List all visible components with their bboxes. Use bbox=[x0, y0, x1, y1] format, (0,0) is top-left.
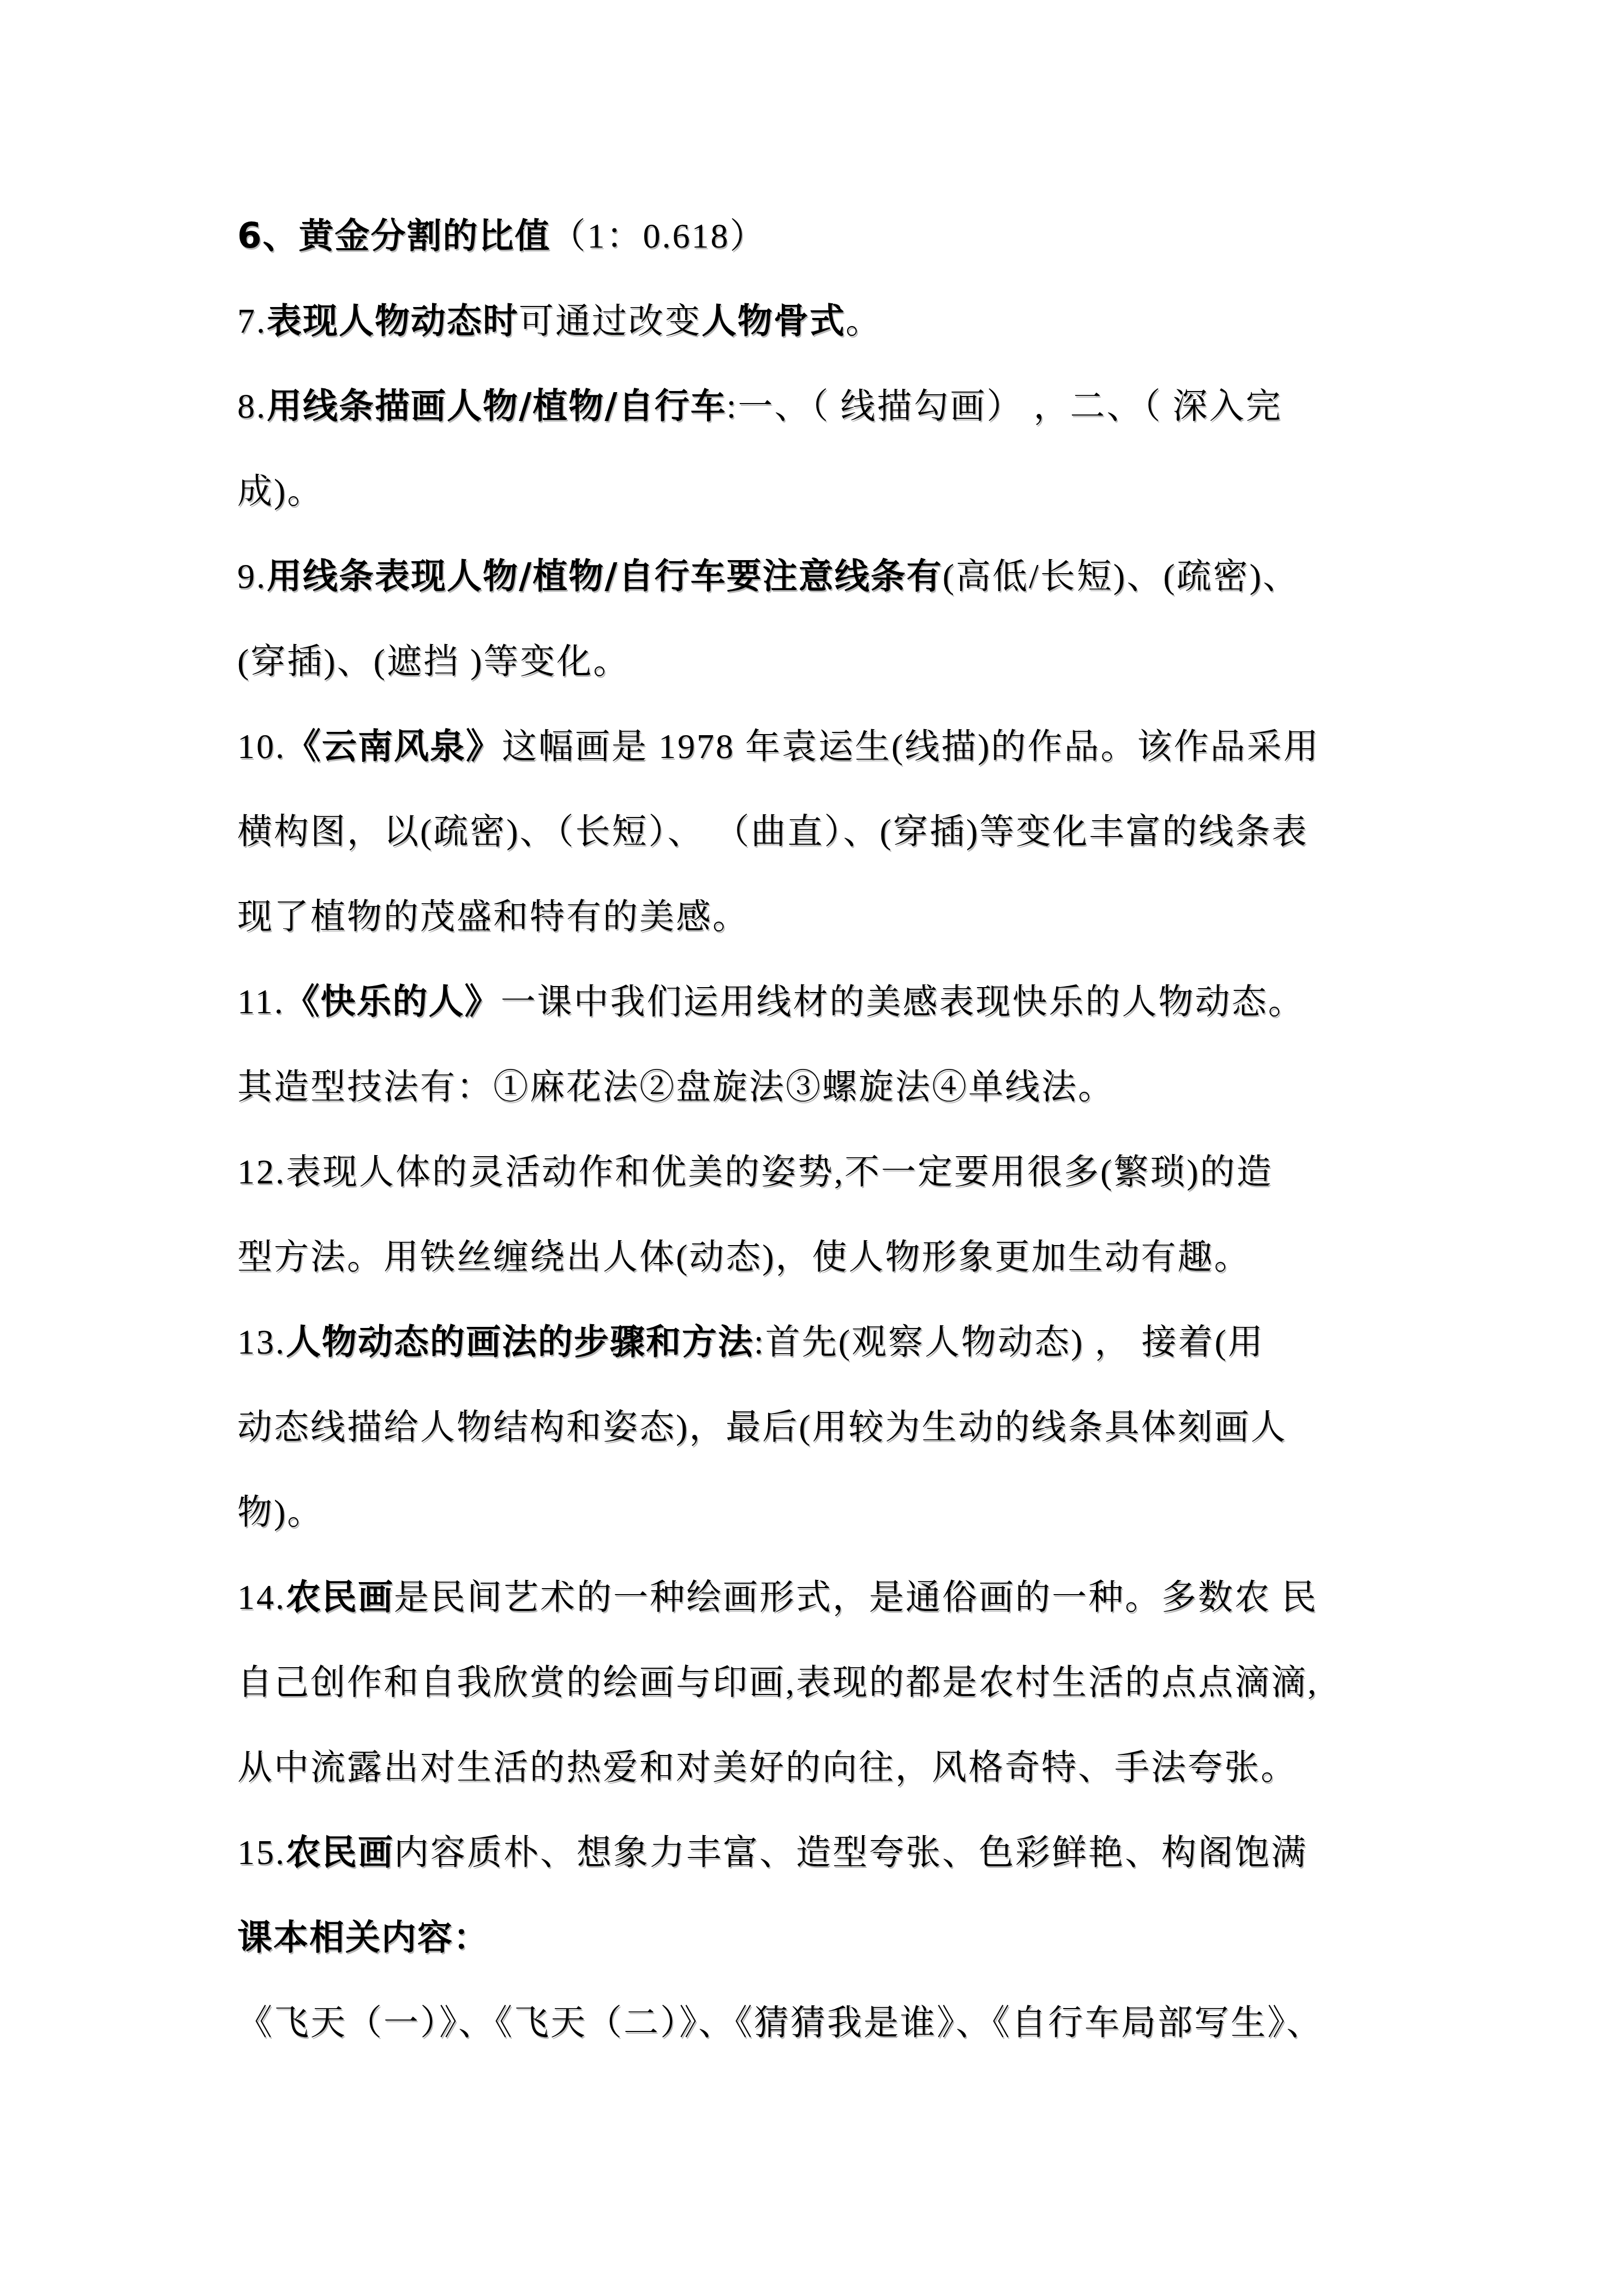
text-run: 这幅画是 1978 年袁运生(线描)的作品。该作品采用 bbox=[502, 727, 1320, 766]
line-item-9-1: 9.用线条表现人物/植物/自行车要注意线条有(高低/长短)、(疏密)、 bbox=[237, 534, 1427, 619]
line-item-13-2: 动态线描给人物结构和姿态)，最后(用较为生动的线条具体刻画人 bbox=[237, 1385, 1427, 1470]
line-item-14-2: 自己创作和自我欣赏的绘画与印画,表现的都是农村生活的点点滴滴, bbox=[237, 1640, 1427, 1725]
bold-text-run: 用线条表现人物/植物/自行车要注意线条有 bbox=[267, 556, 943, 597]
text-run: 8. bbox=[237, 387, 267, 425]
text-run: 是民间艺术的一种绘画形式，是通俗画的一种。多数农 民 bbox=[394, 1578, 1318, 1616]
bold-text-run: 表现人物动态时 bbox=[267, 301, 519, 341]
bold-text-run: 《快乐的人》 bbox=[285, 982, 501, 1022]
bold-text-run: 人物动态的画法的步骤和方法 bbox=[286, 1322, 754, 1362]
line-item-13-1: 13.人物动态的画法的步骤和方法:首先(观察人物动态) ， 接着(用 bbox=[237, 1300, 1427, 1385]
line-item-14-1: 14.农民画是民间艺术的一种绘画形式，是通俗画的一种。多数农 民 bbox=[237, 1555, 1427, 1640]
bold-text-run: 6、黄金分割的比值 bbox=[237, 216, 551, 256]
line-item-9-2: (穿插)、(遮挡 )等变化。 bbox=[237, 619, 1427, 704]
bold-text-run: 农民画 bbox=[286, 1832, 394, 1873]
text-run: 12.表现人体的灵活动作和优美的姿势,不一定要用很多(繁琐)的造 bbox=[237, 1152, 1273, 1191]
text-run: 自己创作和自我欣赏的绘画与印画,表现的都是农村生活的点点滴滴, bbox=[237, 1663, 1318, 1702]
bold-text-run: 课本相关内容： bbox=[237, 1918, 489, 1958]
text-run: 9. bbox=[237, 557, 267, 596]
line-item-10-1: 10.《云南风泉》这幅画是 1978 年袁运生(线描)的作品。该作品采用 bbox=[237, 704, 1427, 789]
text-run: 型方法。用铁丝缠绕出人体(动态)，使人物形象更加生动有趣。 bbox=[237, 1237, 1251, 1276]
text-run: 现了植物的茂盛和特有的美感。 bbox=[237, 897, 749, 936]
line-item-7: 7.表现人物动态时可通过改变人物骨式。 bbox=[237, 279, 1427, 364]
line-item-8-1: 8.用线条描画人物/植物/自行车:一、（ 线描勾画） ，二、（ 深入完 bbox=[237, 364, 1427, 449]
line-item-13-3: 物)。 bbox=[237, 1470, 1427, 1555]
text-run: 物)。 bbox=[237, 1493, 323, 1531]
text-run: 横构图，以(疏密)、（长短）、 （曲直）、(穿插)等变化丰富的线条表 bbox=[237, 812, 1308, 851]
line-item-11-1: 11.《快乐的人》一课中我们运用线材的美感表现快乐的人物动态。 bbox=[237, 959, 1427, 1044]
text-run: 从中流露出对生活的热爱和对美好的向往，风格奇特、手法夸张。 bbox=[237, 1748, 1297, 1787]
bold-text-run: 《云南风泉》 bbox=[286, 726, 502, 767]
text-run: :首先(观察人物动态) ， 接着(用 bbox=[754, 1323, 1265, 1361]
line-lesson-list: 《飞天（一）》、《飞天（二）》、《猜猜我是谁》、《自行车局部写生》、 bbox=[237, 1980, 1427, 2065]
text-run: 13. bbox=[237, 1323, 286, 1361]
text-run: 其造型技法有：①麻花法②盘旋法③螺旋法④单线法。 bbox=[237, 1067, 1114, 1106]
line-item-12-1: 12.表现人体的灵活动作和优美的姿势,不一定要用很多(繁琐)的造 bbox=[237, 1129, 1427, 1215]
document-page: 6、黄金分割的比值（1：0.618）7.表现人物动态时可通过改变人物骨式。8.用… bbox=[0, 0, 1624, 2296]
line-item-6: 6、黄金分割的比值（1：0.618） bbox=[237, 194, 1427, 279]
line-item-8-2: 成)。 bbox=[237, 449, 1427, 534]
text-run: 动态线描给人物结构和姿态)，最后(用较为生动的线条具体刻画人 bbox=[237, 1408, 1287, 1446]
text-run: （1：0.618） bbox=[551, 217, 766, 255]
document-content: 6、黄金分割的比值（1：0.618）7.表现人物动态时可通过改变人物骨式。8.用… bbox=[237, 194, 1427, 2065]
text-run: 11. bbox=[237, 982, 285, 1021]
line-section-heading: 课本相关内容： bbox=[237, 1895, 1427, 1980]
text-run: 10. bbox=[237, 727, 286, 766]
bold-text-run: 人物骨式 bbox=[702, 301, 846, 341]
line-item-11-2: 其造型技法有：①麻花法②盘旋法③螺旋法④单线法。 bbox=[237, 1044, 1427, 1129]
bold-text-run: 农民画 bbox=[286, 1577, 394, 1618]
text-run: :一、（ 线描勾画） ，二、（ 深入完 bbox=[727, 387, 1283, 425]
text-run: 内容质朴、想象力丰富、造型夸张、色彩鲜艳、构阁饱满 bbox=[394, 1833, 1308, 1872]
text-run: 一课中我们运用线材的美感表现快乐的人物动态。 bbox=[501, 982, 1305, 1021]
text-run: 可通过改变 bbox=[519, 302, 702, 340]
text-run: 7. bbox=[237, 302, 267, 340]
text-run: 成)。 bbox=[237, 472, 323, 510]
line-item-15: 15.农民画内容质朴、想象力丰富、造型夸张、色彩鲜艳、构阁饱满 bbox=[237, 1810, 1427, 1895]
text-run: (穿插)、(遮挡 )等变化。 bbox=[237, 642, 630, 681]
bold-text-run: 用线条描画人物/植物/自行车 bbox=[267, 386, 727, 426]
line-item-14-3: 从中流露出对生活的热爱和对美好的向往，风格奇特、手法夸张。 bbox=[237, 1725, 1427, 1810]
line-item-12-2: 型方法。用铁丝缠绕出人体(动态)，使人物形象更加生动有趣。 bbox=[237, 1215, 1427, 1300]
line-item-10-2: 横构图，以(疏密)、（长短）、 （曲直）、(穿插)等变化丰富的线条表 bbox=[237, 789, 1427, 874]
text-run: 。 bbox=[846, 302, 882, 340]
text-run: 15. bbox=[237, 1833, 286, 1872]
line-item-10-3: 现了植物的茂盛和特有的美感。 bbox=[237, 874, 1427, 959]
text-run: (高低/长短)、(疏密)、 bbox=[943, 557, 1299, 596]
text-run: 《飞天（一）》、《飞天（二）》、《猜猜我是谁》、《自行车局部写生》、 bbox=[237, 2003, 1323, 2042]
text-run: 14. bbox=[237, 1578, 286, 1616]
